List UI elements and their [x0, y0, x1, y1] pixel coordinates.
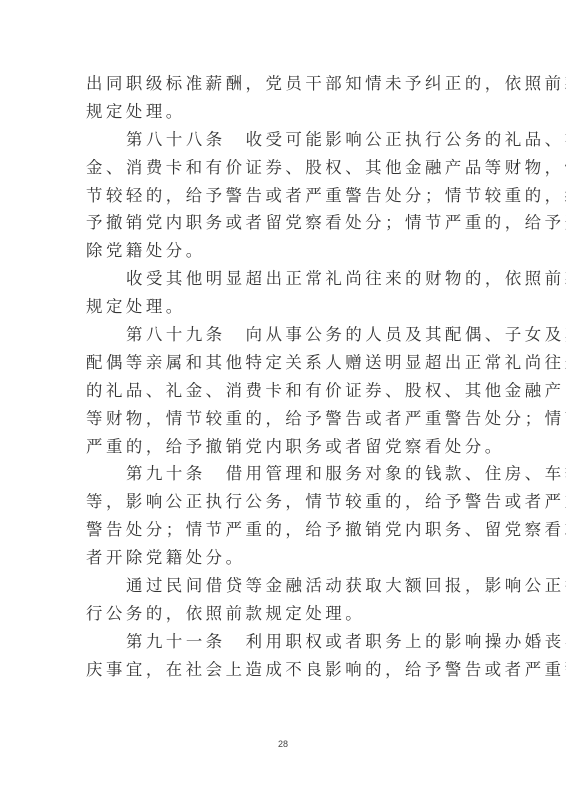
- text-line: 予撤销党内职务或者留党察看处分；情节严重的，给予开: [86, 209, 478, 237]
- text-line: 第八十八条 收受可能影响公正执行公务的礼品、礼: [86, 126, 478, 154]
- text-line: 严重的，给予撤销党内职务或者留党察看处分。: [86, 433, 478, 461]
- text-line: 第九十一条 利用职权或者职务上的影响操办婚丧喜: [86, 628, 478, 656]
- text-line: 收受其他明显超出正常礼尚往来的财物的，依照前款: [86, 265, 478, 293]
- text-line: 出同职级标准薪酬，党员干部知情未予纠正的，依照前款: [86, 70, 478, 98]
- text-line: 规定处理。: [86, 98, 478, 126]
- text-line: 节较轻的，给予警告或者严重警告处分；情节较重的，给: [86, 182, 478, 210]
- text-line: 庆事宜，在社会上造成不良影响的，给予警告或者严重警: [86, 656, 478, 684]
- text-line: 等，影响公正执行公务，情节较重的，给予警告或者严重: [86, 488, 478, 516]
- text-line: 第八十九条 向从事公务的人员及其配偶、子女及其: [86, 321, 478, 349]
- text-line: 行公务的，依照前款规定处理。: [86, 600, 478, 628]
- text-line: 通过民间借贷等金融活动获取大额回报，影响公正执: [86, 572, 478, 600]
- text-line: 等财物，情节较重的，给予警告或者严重警告处分；情节: [86, 405, 478, 433]
- page-number: 28: [0, 739, 566, 749]
- document-body: 出同职级标准薪酬，党员干部知情未予纠正的，依照前款规定处理。第八十八条 收受可能…: [86, 70, 478, 684]
- text-line: 配偶等亲属和其他特定关系人赠送明显超出正常礼尚往来: [86, 349, 478, 377]
- text-line: 者开除党籍处分。: [86, 544, 478, 572]
- text-line: 的礼品、礼金、消费卡和有价证券、股权、其他金融产品: [86, 377, 478, 405]
- text-line: 规定处理。: [86, 293, 478, 321]
- text-line: 警告处分；情节严重的，给予撤销党内职务、留党察看或: [86, 516, 478, 544]
- text-line: 第九十条 借用管理和服务对象的钱款、住房、车辆: [86, 460, 478, 488]
- text-line: 金、消费卡和有价证券、股权、其他金融产品等财物，情: [86, 154, 478, 182]
- document-page: 出同职级标准薪酬，党员干部知情未予纠正的，依照前款规定处理。第八十八条 收受可能…: [0, 0, 566, 800]
- text-line: 除党籍处分。: [86, 237, 478, 265]
